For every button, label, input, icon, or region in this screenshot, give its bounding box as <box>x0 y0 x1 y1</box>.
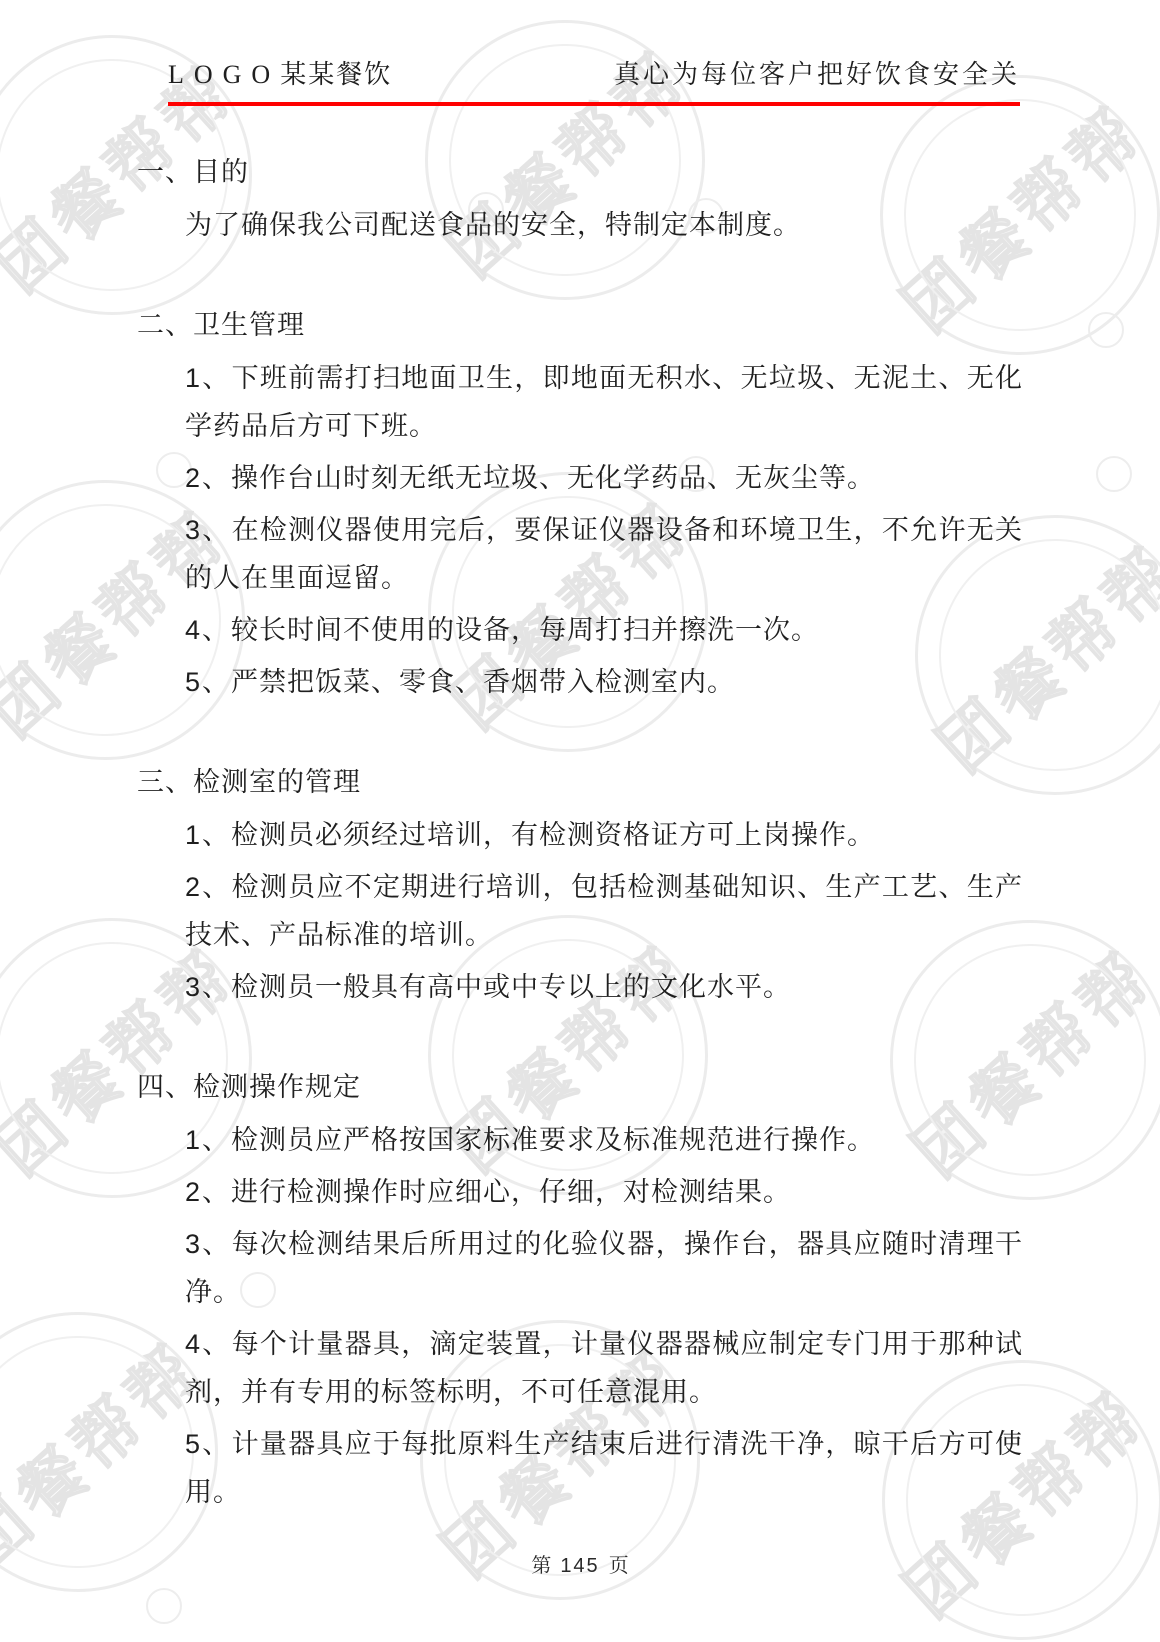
item-text: 检测员必须经过培训，有检测资格证方可上岗操作。 <box>231 820 875 850</box>
section-title: 四、检测操作规定 <box>137 1063 1023 1111</box>
list-item: 5、严禁把饭菜、零食、香烟带入检测室内。 <box>185 658 1023 706</box>
list-item: 1、检测员必须经过培训，有检测资格证方可上岗操作。 <box>185 811 1023 859</box>
list-item: 5、计量器具应于每批原料生产结束后进行清洗干净，晾干后方可使用。 <box>185 1420 1023 1516</box>
item-number: 2、 <box>185 1177 231 1207</box>
list-item: 1、下班前需打扫地面卫生，即地面无积水、无垃圾、无泥土、无化学药品后方可下班。 <box>185 354 1023 450</box>
page-footer: 第 145 页 <box>0 1552 1160 1580</box>
item-text: 检测员应严格按国家标准要求及标准规范进行操作。 <box>231 1125 875 1155</box>
section-paragraph: 为了确保我公司配送食品的安全，特制定本制度。 <box>185 201 1023 249</box>
document-body: 一、目的 为了确保我公司配送食品的安全，特制定本制度。 二、卫生管理 1、下班前… <box>0 0 1160 1520</box>
list-item: 2、操作台山时刻无纸无垃圾、无化学药品、无灰尘等。 <box>185 454 1023 502</box>
list-item: 3、每次检测结果后所用过的化验仪器，操作台，器具应随时清理干净。 <box>185 1220 1023 1316</box>
list-item: 3、在检测仪器使用完后，要保证仪器设备和环境卫生，不允许无关的人在里面逗留。 <box>185 506 1023 602</box>
item-text: 下班前需打扫地面卫生，即地面无积水、无垃圾、无泥土、无化学药品后方可下班。 <box>185 363 1023 441</box>
item-number: 4、 <box>185 1329 232 1359</box>
list-item: 1、检测员应严格按国家标准要求及标准规范进行操作。 <box>185 1116 1023 1164</box>
item-text: 检测员一般具有高中或中专以上的文化水平。 <box>231 972 791 1002</box>
section-hygiene: 二、卫生管理 1、下班前需打扫地面卫生，即地面无积水、无垃圾、无泥土、无化学药品… <box>137 301 1023 706</box>
item-number: 1、 <box>185 820 231 850</box>
item-text: 较长时间不使用的设备，每周打扫并擦洗一次。 <box>231 615 819 645</box>
item-text: 操作台山时刻无纸无垃圾、无化学药品、无灰尘等。 <box>231 463 875 493</box>
section-title: 二、卫生管理 <box>137 301 1023 349</box>
list-item: 3、检测员一般具有高中或中专以上的文化水平。 <box>185 963 1023 1011</box>
page-number: 145 <box>560 1552 599 1580</box>
section-lab-management: 三、检测室的管理 1、检测员必须经过培训，有检测资格证方可上岗操作。 2、检测员… <box>137 758 1023 1011</box>
item-text: 每次检测结果后所用过的化验仪器，操作台，器具应随时清理干净。 <box>185 1229 1023 1307</box>
item-number: 5、 <box>185 1429 232 1459</box>
item-text: 检测员应不定期进行培训，包括检测基础知识、生产工艺、生产技术、产品标准的培训。 <box>185 872 1023 950</box>
item-number: 3、 <box>185 1229 232 1259</box>
section-title: 一、目的 <box>137 148 1023 196</box>
document-page: 团餐帮帮 团餐帮帮 团餐帮帮 团餐帮帮 团餐帮帮 团餐帮帮 团餐帮帮 团餐帮帮 … <box>0 0 1160 1642</box>
list-item: 2、进行检测操作时应细心，仔细，对检测结果。 <box>185 1168 1023 1216</box>
section-purpose: 一、目的 为了确保我公司配送食品的安全，特制定本制度。 <box>137 148 1023 249</box>
list-item: 2、检测员应不定期进行培训，包括检测基础知识、生产工艺、生产技术、产品标准的培训… <box>185 863 1023 959</box>
footer-prefix: 第 <box>531 1552 551 1580</box>
item-text: 在检测仪器使用完后，要保证仪器设备和环境卫生，不允许无关的人在里面逗留。 <box>185 515 1023 593</box>
section-title: 三、检测室的管理 <box>137 758 1023 806</box>
footer-suffix: 页 <box>609 1552 629 1580</box>
item-number: 5、 <box>185 667 231 697</box>
watermark-circle <box>146 1588 182 1624</box>
item-number: 2、 <box>185 463 231 493</box>
item-number: 2、 <box>185 872 232 902</box>
item-text: 严禁把饭菜、零食、香烟带入检测室内。 <box>231 667 735 697</box>
item-number: 3、 <box>185 972 231 1002</box>
list-item: 4、每个计量器具，滴定装置，计量仪器器械应制定专门用于那种试剂，并有专用的标签标… <box>185 1320 1023 1416</box>
item-number: 3、 <box>185 515 232 545</box>
item-number: 1、 <box>185 363 232 393</box>
item-text: 进行检测操作时应细心，仔细，对检测结果。 <box>231 1177 791 1207</box>
item-number: 4、 <box>185 615 231 645</box>
list-item: 4、较长时间不使用的设备，每周打扫并擦洗一次。 <box>185 606 1023 654</box>
section-operation-rules: 四、检测操作规定 1、检测员应严格按国家标准要求及标准规范进行操作。 2、进行检… <box>137 1063 1023 1516</box>
item-number: 1、 <box>185 1125 231 1155</box>
item-text: 每个计量器具，滴定装置，计量仪器器械应制定专门用于那种试剂，并有专用的标签标明，… <box>185 1329 1023 1407</box>
item-text: 计量器具应于每批原料生产结束后进行清洗干净，晾干后方可使用。 <box>185 1429 1023 1507</box>
